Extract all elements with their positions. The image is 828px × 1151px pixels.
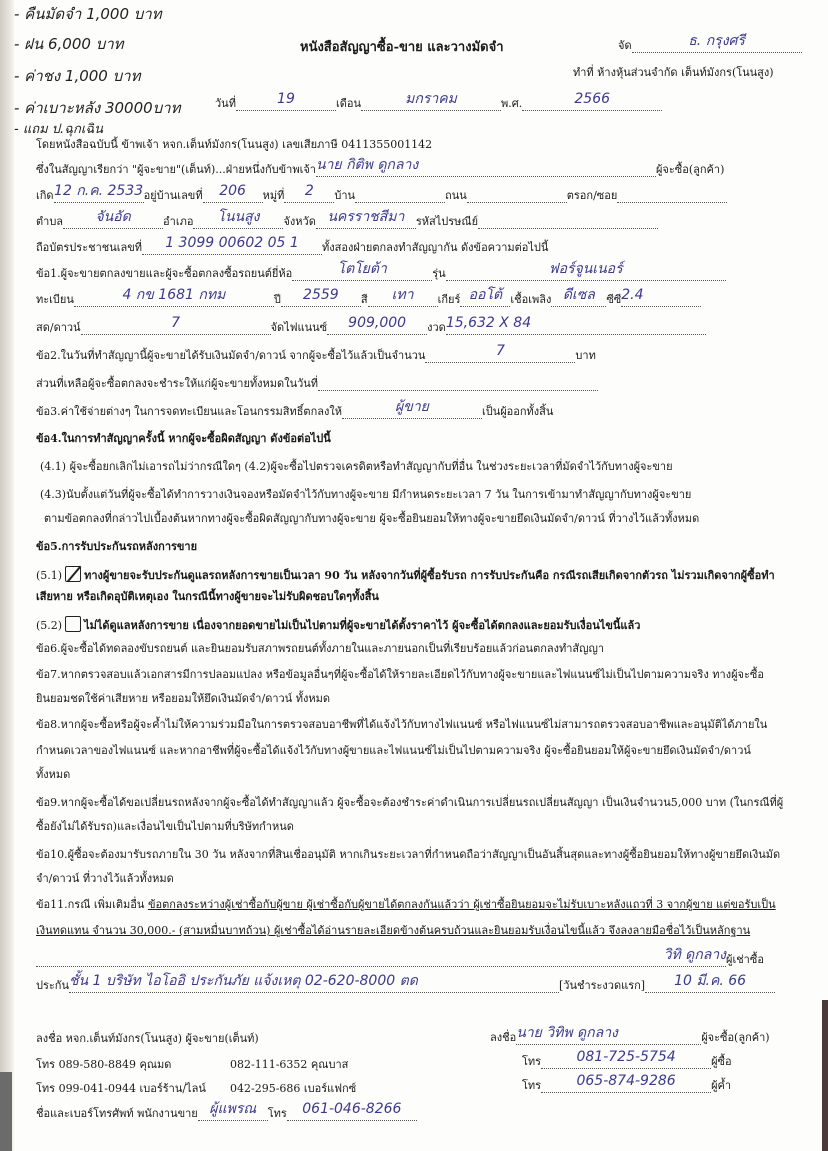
clause-5-2: (5.2)ไม่ได้ดูแลหลังการขาย เนื่องจากยอดขา…	[36, 616, 640, 633]
margin-note: - ค่าเบาะหลัง 30000บาท	[14, 96, 181, 120]
clause-11a: ข้อ11.กรณี เพิ่มเติมอื่น ข้อตกลงระหว่างผ…	[36, 898, 776, 912]
seller-fax: 042-295-686 เบอร์แฟกซ์	[230, 1082, 356, 1096]
intro-text: โดยหนังสือฉบับนี้ ข้าพเจ้า หจก.เต็นท์มัง…	[36, 138, 432, 152]
vehicle-detail-row: ทะเบียน4 กข 1681 กทมปี2559สีเทาเกียร์ออโ…	[36, 292, 701, 307]
document-title: หนังสือสัญญาซื้อ-ขาย และวางมัดจำ	[300, 36, 504, 57]
vehicle-brand-row: ข้อ1.ผู้จะขายตกลงขายและผู้จะซื้อตกลงซื้อ…	[36, 266, 726, 281]
seller-phone-2: 082-111-6352 คุณบาส	[230, 1058, 348, 1072]
clause-8a: ข้อ8.หากผู้จะซื้อหรือผู้จะค้ำไม่ให้ความร…	[36, 718, 767, 732]
clause-11b: เงินทดแทน จำนวน 30,000.- (สามหมื่นบาทถ้ว…	[36, 924, 750, 938]
clause-5: ข้อ5.การรับประกันรถหลังการขาย	[36, 540, 197, 554]
date-row: วันที่19เดือนมกราคมพ.ศ.2566	[215, 96, 662, 111]
margin-note: - ฝน 6,000 บาท	[14, 32, 124, 56]
background-edge	[0, 1072, 12, 1151]
seller-phone-1: โทร 089-580-8849 คุณมด	[36, 1058, 171, 1072]
clause-4: ข้อ4.ในการทำสัญญาครั้งนี้ หากผู้จะซื้อผิ…	[36, 432, 331, 446]
no-warranty-checkbox[interactable]	[65, 616, 81, 632]
warranty-checkbox[interactable]	[65, 566, 81, 582]
buyer-phone-row: โทร081-725-5754ผู้ซื้อ	[522, 1054, 732, 1069]
clause-4-3b: ตามข้อตกลงที่กล่าวไปเบื้องต้นหากทางผู้จะ…	[44, 512, 699, 526]
payment-row: สด/ดาวน์7จัดไฟแนนซ์909,000งวด15,632 X 84	[36, 320, 706, 335]
address-row-1: เกิด12 ก.ค. 2533อยู่บ้านเลขที่206หมู่ที่…	[36, 188, 727, 203]
margin-note: - คืนมัดจำ 1,000 บาท	[14, 2, 162, 26]
clause-4-3a: (4.3)นับตั้งแต่วันที่ผู้จะซื้อได้ทำการวา…	[40, 488, 691, 502]
guarantor-phone-row: โทร065-874-9286ผู้ค้ำ	[522, 1078, 731, 1093]
id-row: ถือบัตรประชาชนเลขที่1 3099 00602 05 1ทั้…	[36, 240, 548, 255]
made-at: ทำที่ ห้างหุ้นส่วนจำกัด เต็นท์มังกร(โนนส…	[573, 66, 774, 80]
seller-phone-3: โทร 099-041-0944 เบอร์ร้าน/ไลน์	[36, 1082, 206, 1096]
buyer-signature-row: ลงชื่อนาย วิทิพ ดูกลางผู้จะซื้อ(ลูกค้า)	[490, 1030, 770, 1045]
finance-company-field: จัดธ. กรุงศรี	[618, 38, 802, 53]
buyer-name-row: ซึ่งในสัญญาเรียกว่า "ผู้จะขาย"(เต็นท์)..…	[36, 162, 724, 177]
salesperson-row: ชื่อและเบอร์โทรศัพท์ พนักงานขายผู้แพรณโท…	[36, 1106, 417, 1121]
clause-6: ข้อ6.ผู้จะซื้อได้ทดลองขับรถยนต์ และยินยอ…	[36, 642, 604, 656]
hire-purchaser-signature-row: วิทิ ดูกลางผู้เช่าซื้อ	[36, 952, 764, 967]
clause-5-1b: เสียหาย หรือเกิดอุบัติเหตุเอง ในกรณีนี้ท…	[36, 590, 379, 604]
page-edge-shadow	[0, 0, 14, 1151]
id-number: 1 3099 00602 05 1	[165, 235, 299, 251]
clause-4-1: (4.1) ผู้จะซื้อยกเลิกไม่เอารถไม่ว่ากรณีใ…	[40, 460, 673, 474]
clause-8b: กำหนดเวลาของไฟแนนซ์ และหากอาชีพที่ผู้จะซ…	[36, 744, 751, 758]
address-row-2: ตำบลจันอัดอำเภอโนนสูงจังหวัดนครราชสีมารห…	[36, 214, 658, 229]
clause-8c: ทั้งหมด	[36, 768, 70, 782]
clause-5-1: (5.1)ทางผู้ขายจะรับประกันดูแลรถหลังการขา…	[36, 566, 775, 583]
clause-10b: จำ/ดาวน์ ที่วางไว้แล้วทั้งหมด	[36, 872, 174, 886]
clause-2a: ข้อ2.ในวันที่ทำสัญญานี้ผู้จะขายได้รับเงิ…	[36, 348, 596, 363]
clause-2b: ส่วนที่เหลือผู้จะซื้อตกลงจะชำระให้แก่ผู้…	[36, 376, 598, 391]
clause-3: ข้อ3.ค่าใช้จ่ายต่างๆ ในการจดทะเบียนและโอ…	[36, 404, 553, 419]
margin-note: - แถม ป.ฉุกเฉิน	[14, 118, 103, 139]
clause-9b: ซื้อยังไม่ได้รับรถ)และเงื่อนไขเป็นไปตามท…	[36, 820, 294, 834]
insurance-row: ประกันชั้น 1 บริษัท ไอโออิ ประกันภัย แจ้…	[36, 978, 775, 993]
buyer-name: นาย กิติพ ดูกลาง	[316, 157, 418, 173]
seller-signature: ลงชื่อ หจก.เต็นท์มังกร(โนนสูง) ผู้จะขาย(…	[36, 1032, 259, 1046]
finance-company-value: ธ. กรุงศรี	[688, 33, 745, 49]
clause-9a: ข้อ9.หากผู้จะซื้อได้ขอเปลี่ยนรถหลังจากผู…	[36, 796, 783, 810]
clause-10a: ข้อ10.ผู้ซื้อจะต้องมารับรถภายใน 30 วัน ห…	[36, 848, 780, 862]
clause-7a: ข้อ7.หากตรวจสอบแล้วเอกสารมีการปลอมแปลง ห…	[36, 668, 764, 682]
clause-7b: ยินยอมชดใช้ค่าเสียหาย หรือยอมให้ยึดเงินม…	[36, 692, 330, 706]
background-edge-right	[822, 1000, 828, 1151]
margin-note: - ค่าชง 1,000 บาท	[14, 64, 140, 88]
